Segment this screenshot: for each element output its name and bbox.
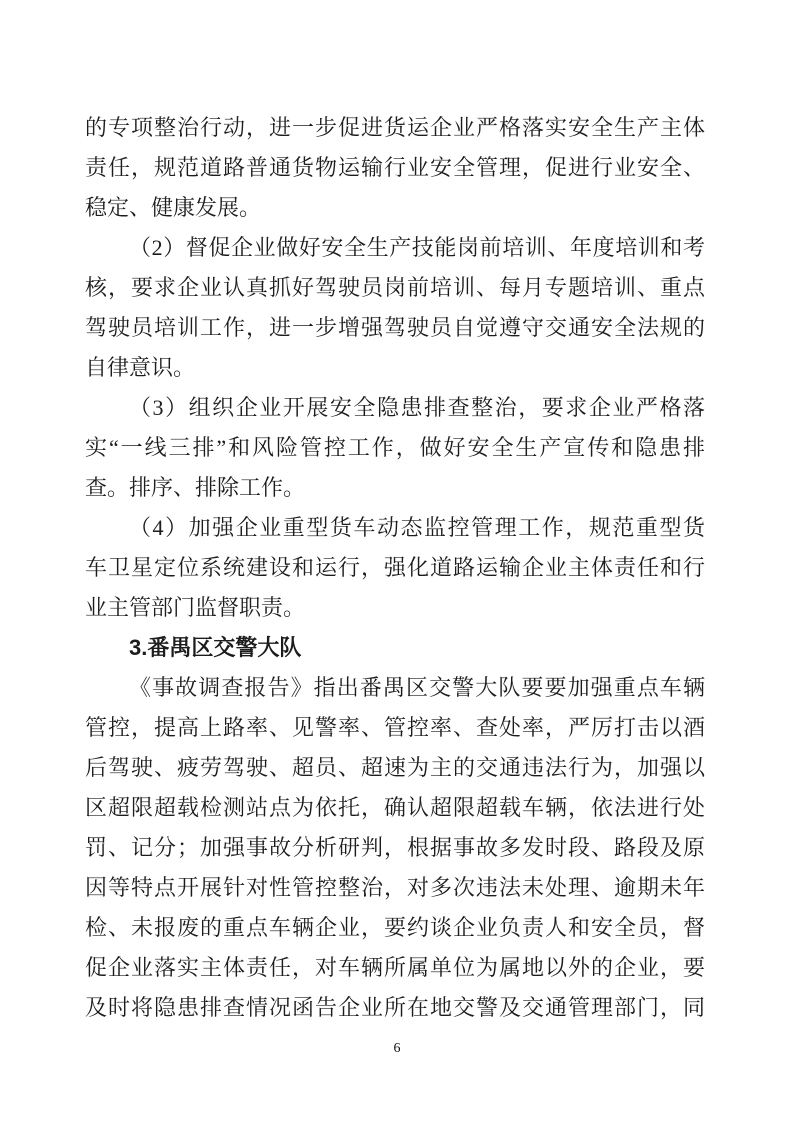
text-line: 核，要求企业认真抓好驾驶员岗前培训、每月专题培训、重点 (85, 268, 705, 308)
text-line: 稳定、健康发展。 (85, 188, 705, 228)
text-line: 促企业落实主体责任，对车辆所属单位为属地以外的企业，要 (85, 948, 705, 988)
text-line: 责任，规范道路普通货物运输行业安全管理，促进行业安全、 (85, 148, 705, 188)
text-line: 查。排序、排除工作。 (85, 468, 705, 508)
text-line: 罚、记分；加强事故分析研判，根据事故多发时段、路段及原 (85, 828, 705, 868)
text-line: （3）组织企业开展安全隐患排查整治，要求企业严格落 (85, 388, 705, 428)
text-line: 及时将隐患排查情况函告企业所在地交警及交通管理部门，同 (85, 988, 705, 1028)
text-line: 的专项整治行动，进一步促进货运企业严格落实安全生产主体 (85, 108, 705, 148)
document-body: 的专项整治行动，进一步促进货运企业严格落实安全生产主体责任，规范道路普通货物运输… (85, 108, 705, 1028)
text-line: 实“一线三排”和风险管控工作，做好安全生产宣传和隐患排 (85, 428, 705, 468)
text-line: 驾驶员培训工作，进一步增强驾驶员自觉遵守交通安全法规的 (85, 308, 705, 348)
section-heading: 3.番禺区交警大队 (85, 628, 705, 668)
text-line: 因等特点开展针对性管控整治，对多次违法未处理、逾期未年 (85, 868, 705, 908)
text-line: 《事故调查报告》指出番禺区交警大队要要加强重点车辆 (85, 668, 705, 708)
text-line: 检、未报废的重点车辆企业，要约谈企业负责人和安全员，督 (85, 908, 705, 948)
text-line: 后驾驶、疲劳驾驶、超员、超速为主的交通违法行为，加强以 (85, 748, 705, 788)
text-line: （4）加强企业重型货车动态监控管理工作，规范重型货 (85, 508, 705, 548)
document-page: 的专项整治行动，进一步促进货运企业严格落实安全生产主体责任，规范道路普通货物运输… (0, 0, 794, 1123)
text-line: 业主管部门监督职责。 (85, 588, 705, 628)
text-line: 车卫星定位系统建设和运行，强化道路运输企业主体责任和行 (85, 548, 705, 588)
text-line: 自律意识。 (85, 348, 705, 388)
text-line: 区超限超载检测站点为依托，确认超限超载车辆，依法进行处 (85, 788, 705, 828)
page-number: 6 (0, 1038, 794, 1060)
text-line: （2）督促企业做好安全生产技能岗前培训、年度培训和考 (85, 228, 705, 268)
text-line: 管控，提高上路率、见警率、管控率、查处率，严厉打击以酒 (85, 708, 705, 748)
